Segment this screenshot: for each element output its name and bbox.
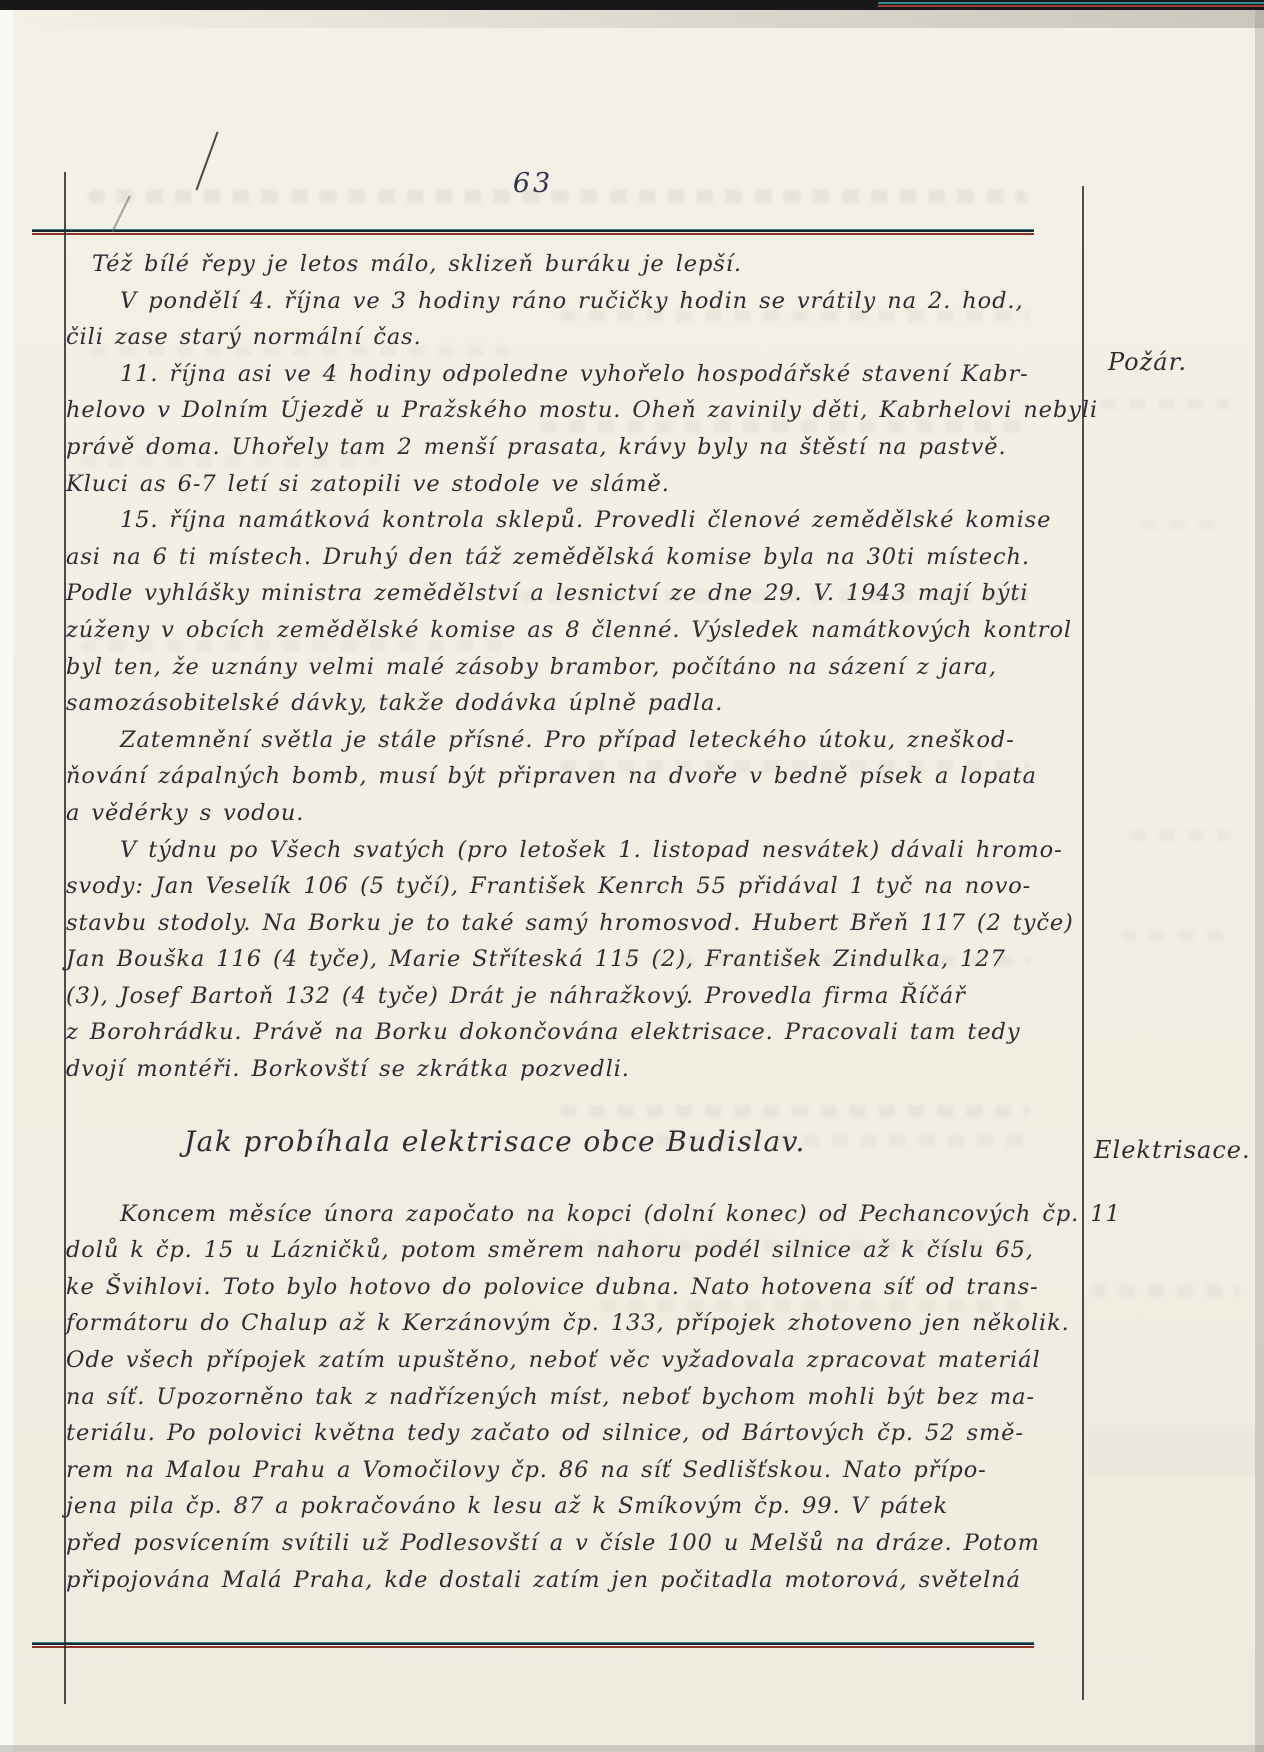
ink-bleed-through <box>560 310 1030 322</box>
ink-bleed-through <box>90 345 510 357</box>
handwritten-line: stavbu stodoly. Na Borku je to také samý… <box>66 905 1068 942</box>
ink-bleed-through <box>600 1135 1030 1147</box>
handwritten-line: rem na Malou Prahu a Vomočilovy čp. 86 n… <box>66 1452 1068 1489</box>
document-scan: 63 Požár. Elektrisace. Též bílé řepy je … <box>0 0 1264 1752</box>
handwritten-line: Též bílé řepy je letos málo, sklizeň bur… <box>66 246 1068 283</box>
ink-bleed-through <box>88 190 1028 203</box>
scan-edge-teal-line <box>878 2 1264 4</box>
handwritten-line: z Borohrádku. Právě na Borku dokončována… <box>66 1014 1068 1051</box>
ink-bleed-through <box>1100 398 1230 410</box>
ink-bleed-through <box>1090 1285 1240 1297</box>
handwritten-line: 15. října namátková kontrola sklepů. Pro… <box>66 502 1068 539</box>
handwritten-line: připojována Malá Praha, kde dostali zatí… <box>66 1562 1068 1599</box>
scan-edge-shadow <box>0 10 1264 28</box>
ink-bleed-through <box>1130 830 1230 841</box>
scan-edge-bottom <box>0 1745 1264 1752</box>
ink-bleed-through <box>520 590 1030 603</box>
margin-note-pozar: Požár. <box>1108 348 1187 376</box>
handwritten-line: Ode všech přípojek zatím upuštěno, neboť… <box>66 1342 1068 1379</box>
top-ruled-line <box>32 230 1034 232</box>
top-ruled-line <box>32 233 1034 235</box>
scan-edge-red-line <box>878 5 1264 7</box>
handwritten-line: jena pila čp. 87 a pokračováno k lesu až… <box>66 1488 1068 1525</box>
margin-note-elektrisace: Elektrisace. <box>1094 1136 1251 1164</box>
handwritten-line: 11. října asi ve 4 hodiny odpoledne vyho… <box>66 356 1068 393</box>
ink-bleed-through <box>80 640 510 652</box>
ink-bleed-through <box>1140 520 1220 530</box>
ink-bleed-through <box>540 420 1030 433</box>
handwritten-line: dvojí montéři. Borkovští se zkrátka pozv… <box>66 1051 1068 1088</box>
handwritten-line: teriálu. Po polovici května tedy začato … <box>66 1415 1068 1452</box>
handwritten-line: asi na 6 ti místech. Druhý den táž zeměd… <box>66 539 1068 576</box>
ink-bleed-through <box>560 1105 1030 1117</box>
handwritten-line: samozásobitelské dávky, takže dodávka úp… <box>66 685 1068 722</box>
ink-bleed-through <box>560 1240 1030 1252</box>
ink-bleed-through <box>600 1300 1020 1312</box>
handwritten-line: V týdnu po Všech svatých (pro letošek 1.… <box>66 832 1068 869</box>
bottom-ruled-line <box>32 1646 1034 1648</box>
handwritten-line: Kluci as 6-7 letí si zatopili ve stodole… <box>66 466 1068 503</box>
scan-edge-right <box>1255 10 1264 1752</box>
scan-edge-left <box>0 10 13 1752</box>
ink-bleed-through <box>620 955 1030 967</box>
ink-bleed-through <box>1085 1425 1255 1475</box>
handwritten-line: před posvícením svítili už Podlesovští a… <box>66 1525 1068 1562</box>
ink-bleed-through <box>80 455 380 467</box>
handwritten-line: Koncem měsíce února započato na kopci (d… <box>66 1196 1068 1233</box>
handwritten-line: byl ten, že uznány velmi malé zásoby bra… <box>66 649 1068 686</box>
text-block: Též bílé řepy je letos málo, sklizeň bur… <box>66 246 1068 1598</box>
pen-mark <box>195 132 218 191</box>
handwritten-line: a vědérky s vodou. <box>66 795 1068 832</box>
handwritten-line: svody: Jan Veselík 106 (5 tyčí), Františ… <box>66 868 1068 905</box>
ink-bleed-through <box>560 760 1030 773</box>
handwritten-line: Zatemnění světla je stále přísné. Pro př… <box>66 722 1068 759</box>
handwritten-line: na síť. Upozorněno tak z nadřízených mís… <box>66 1379 1068 1416</box>
bottom-ruled-line <box>32 1643 1034 1645</box>
ink-bleed-through <box>1120 930 1230 941</box>
handwritten-line: (3), Josef Bartoň 132 (4 tyče) Drát je n… <box>66 978 1068 1015</box>
